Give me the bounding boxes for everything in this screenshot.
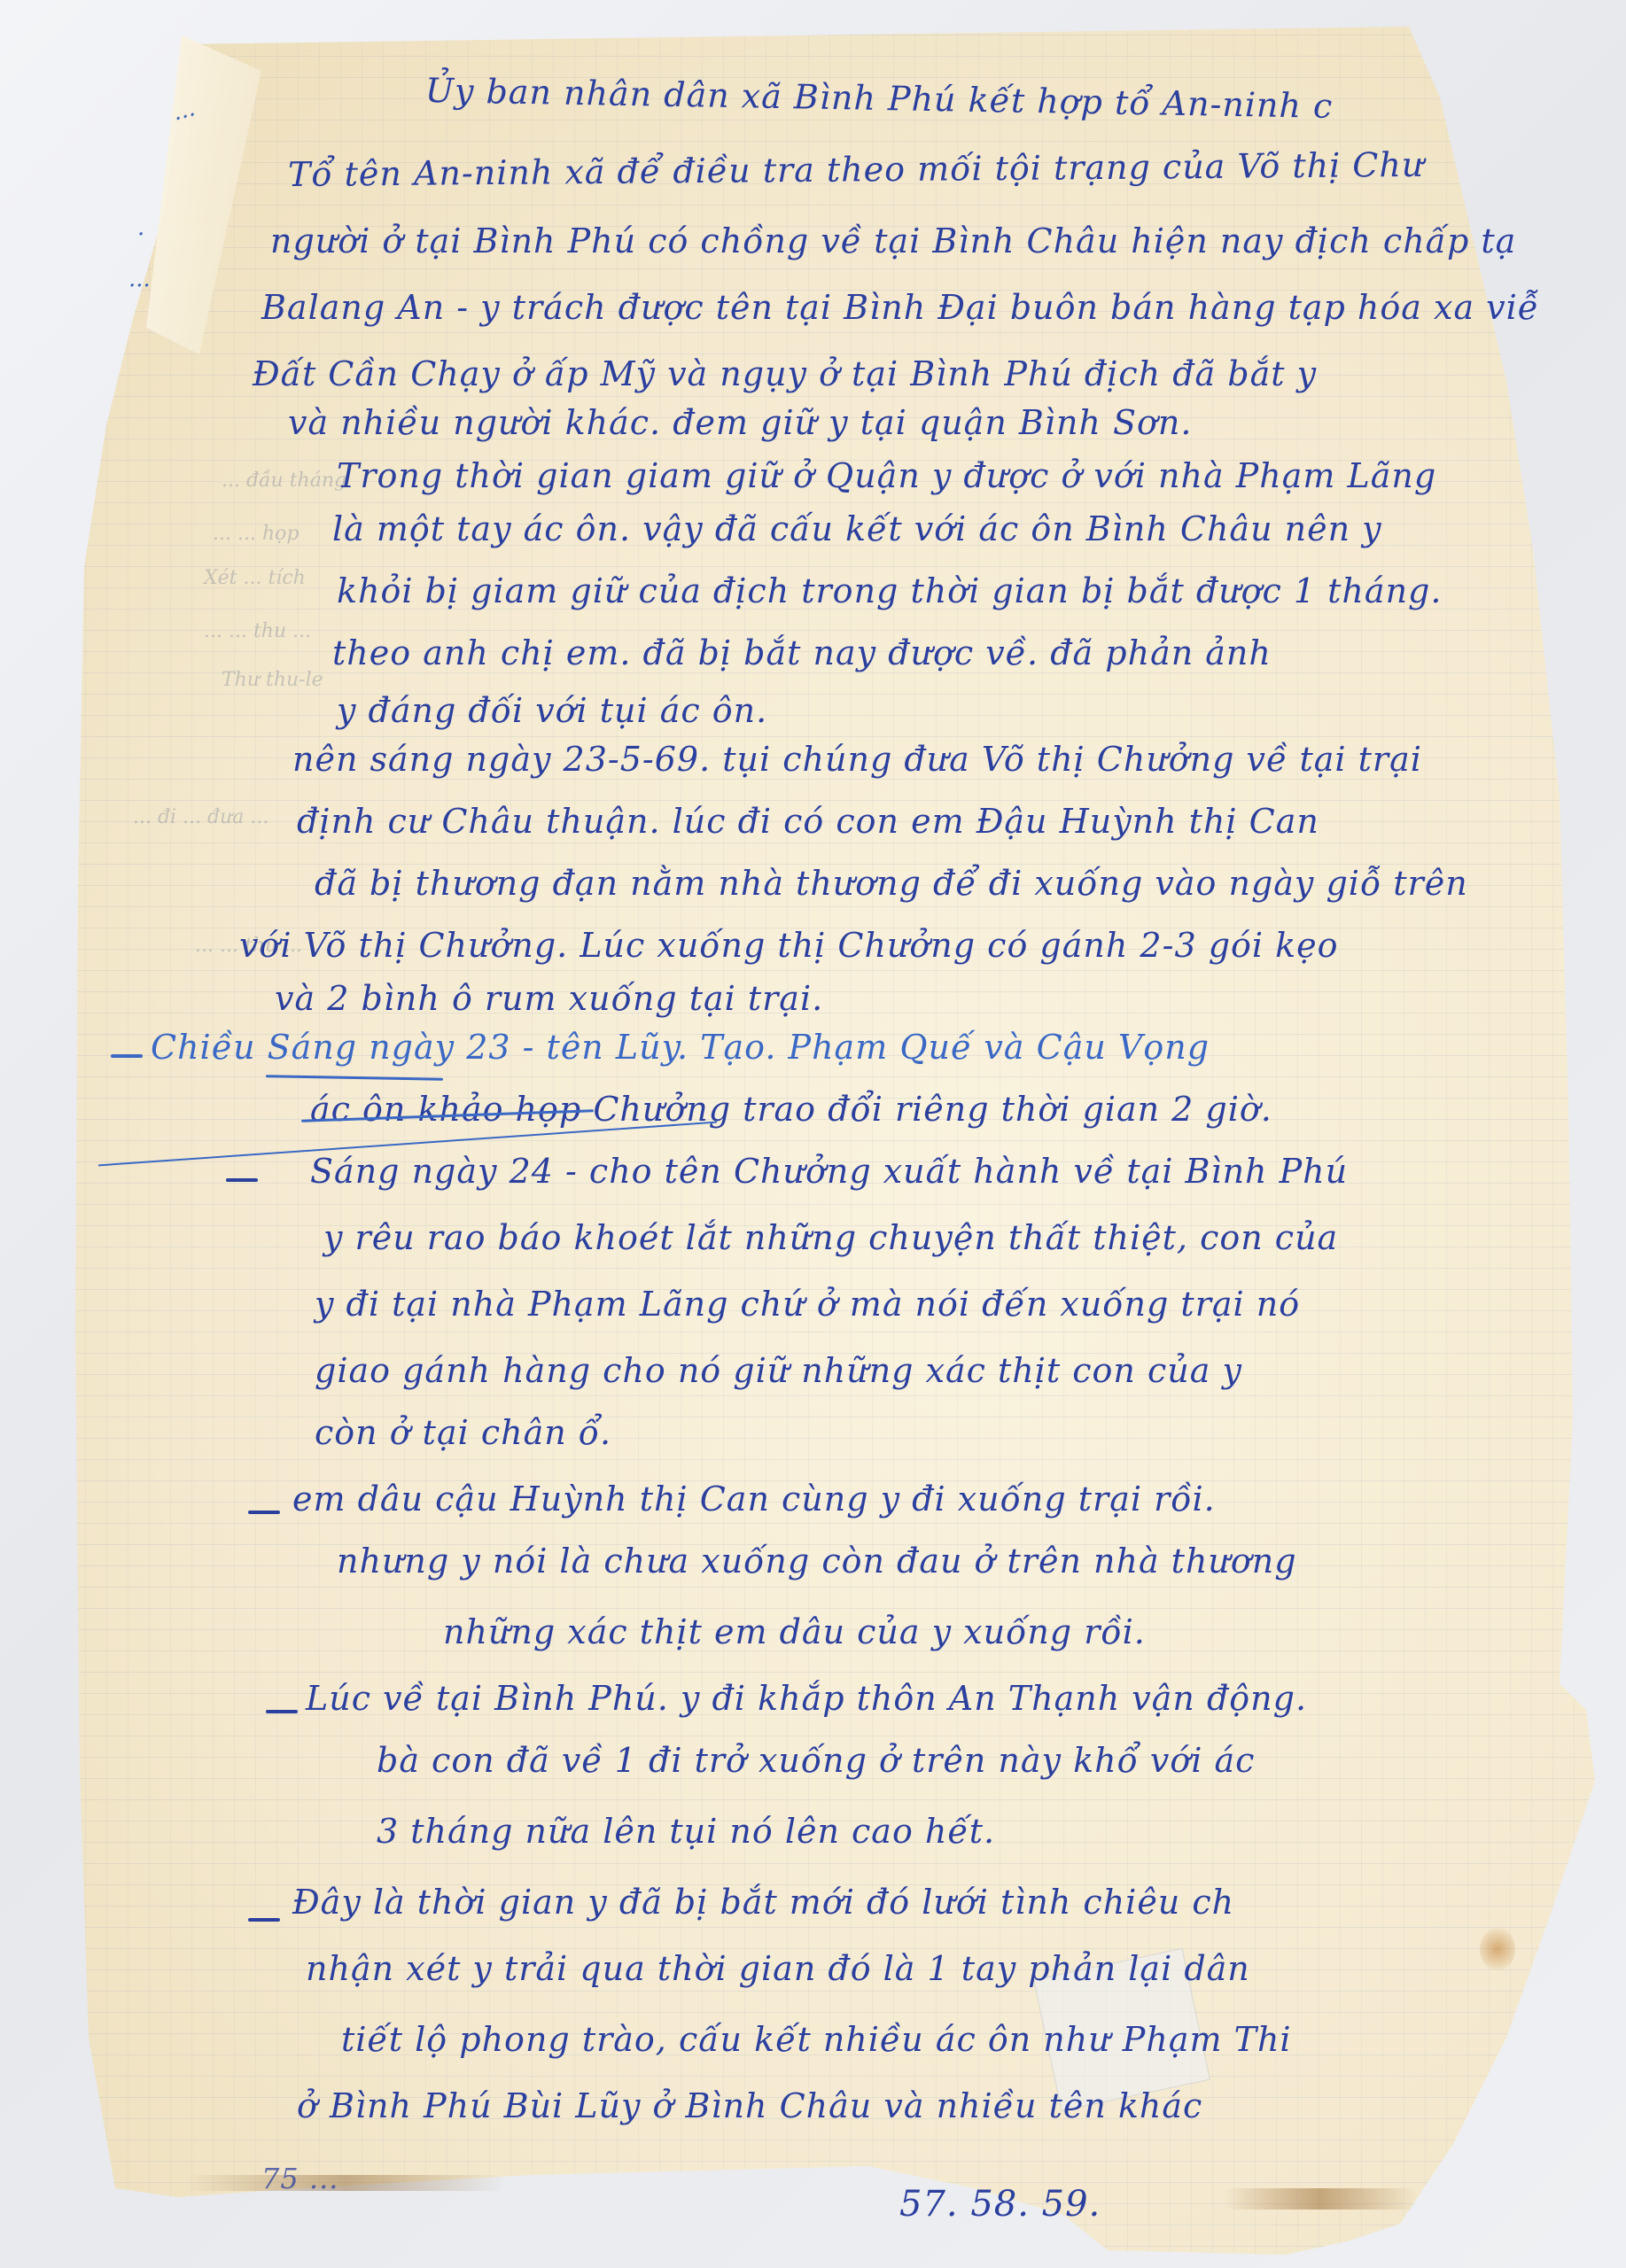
letter-line: Sáng ngày 24 - cho tên Chưởng xuất hành … [310, 1152, 1348, 1191]
letter-line: những xác thịt em dâu của y xuống rồi. [443, 1612, 1146, 1651]
letter-line: em dâu cậu Huỳnh thị Can cùng y đi xuống… [292, 1480, 1216, 1518]
bottom-stain-left [186, 2175, 505, 2191]
rust-stain [1480, 1927, 1515, 1971]
bleed-through-line: Xét ... tích [204, 567, 306, 589]
letter-line: theo anh chị em. đã bị bắt nay được về. … [332, 633, 1272, 672]
dash-mark [266, 1710, 298, 1713]
letter-line: Balang An - y trách được tên tại Bình Đạ… [261, 288, 1539, 327]
margin-note-corner: ... [170, 95, 198, 126]
bleed-through-line: ... ... thu ... [204, 620, 311, 642]
paper-sheet [0, 0, 1626, 2268]
letter-line: tiết lộ phong trào, cấu kết nhiều ác ôn … [341, 2020, 1292, 2059]
dash-mark [248, 1918, 280, 1922]
letter-line: nên sáng ngày 23-5-69. tụi chúng đưa Võ … [292, 740, 1422, 779]
letter-line-corrected: Chiều Sáng ngày 23 - tên Lũy. Tạo. Phạm … [151, 1028, 1210, 1067]
letter-line: và 2 bình ô rum xuống tại trại. [275, 979, 823, 1018]
footer-fragment: 75 ... [261, 2162, 338, 2195]
letter-line: y rêu rao báo khoét lắt những chuyện thấ… [323, 1218, 1338, 1257]
letter-line: Đây là thời gian y đã bị bắt mới đó lưới… [292, 1883, 1234, 1922]
letter-line: nhận xét y trải qua thời gian đó là 1 ta… [306, 1949, 1250, 1988]
letter-line: bà con đã về 1 đi trở xuống ở trên này k… [377, 1741, 1255, 1780]
letter-line: định cư Châu thuận. lúc đi có con em Đậu… [297, 802, 1319, 841]
letter-line: là một tay ác ôn. vậy đã cấu kết với ác … [332, 509, 1382, 548]
dash-mark [248, 1511, 280, 1514]
letter-line: y đi tại nhà Phạm Lãng chứ ở mà nói đến … [315, 1285, 1300, 1324]
letter-line: y đáng đối với tụi ác ôn. [337, 691, 767, 730]
letter-line: nhưng y nói là chưa xuống còn đau ở trên… [337, 1542, 1297, 1581]
letter-line: ở Bình Phú Bùi Lũy ở Bình Châu và nhiều … [297, 2086, 1202, 2125]
letter-line: Lúc về tại Bình Phú. y đi khắp thôn An T… [306, 1679, 1307, 1718]
letter-line: Trong thời gian giam giữ ở Quận y được ở… [337, 456, 1436, 495]
letter-line-corrected: ác ôn khảo họp Chưởng trao đổi riêng thờ… [310, 1090, 1272, 1129]
letter-line: giao gánh hàng cho nó giữ những xác thịt… [315, 1351, 1242, 1390]
margin-mark: · [137, 221, 144, 248]
bleed-through-line: ... ... họp [213, 523, 299, 545]
letter-line: và nhiều người khác. đem giữ y tại quận … [288, 403, 1192, 442]
letter-line: Đất Cần Chạy ở ấp Mỹ và ngụy ở tại Bình … [253, 354, 1317, 393]
letter-line: với Võ thị Chưởng. Lúc xuống thị Chưởng … [239, 926, 1339, 965]
letter-line: còn ở tại chân ổ. [315, 1413, 611, 1452]
margin-mark: ... [128, 266, 151, 292]
letter-line: 3 tháng nữa lên tụi nó lên cao hết. [377, 1812, 995, 1851]
dash-mark [226, 1178, 258, 1182]
bleed-through-line: ... đi ... đưa ... [133, 806, 268, 828]
dash-mark [111, 1054, 143, 1058]
year-notation: 57. 58. 59. [899, 2184, 1101, 2225]
bottom-stain-right [1223, 2188, 1418, 2210]
letter-line: đã bị thương đạn nằm nhà thương để đi xu… [315, 864, 1468, 903]
bleed-through-line: ... đầu tháng [222, 470, 346, 492]
letter-line: khỏi bị giam giữ của địch trong thời gia… [337, 571, 1442, 610]
bleed-through-line: Thư thu-le [222, 669, 323, 691]
letter-line: người ở tại Bình Phú có chồng về tại Bìn… [270, 221, 1516, 260]
